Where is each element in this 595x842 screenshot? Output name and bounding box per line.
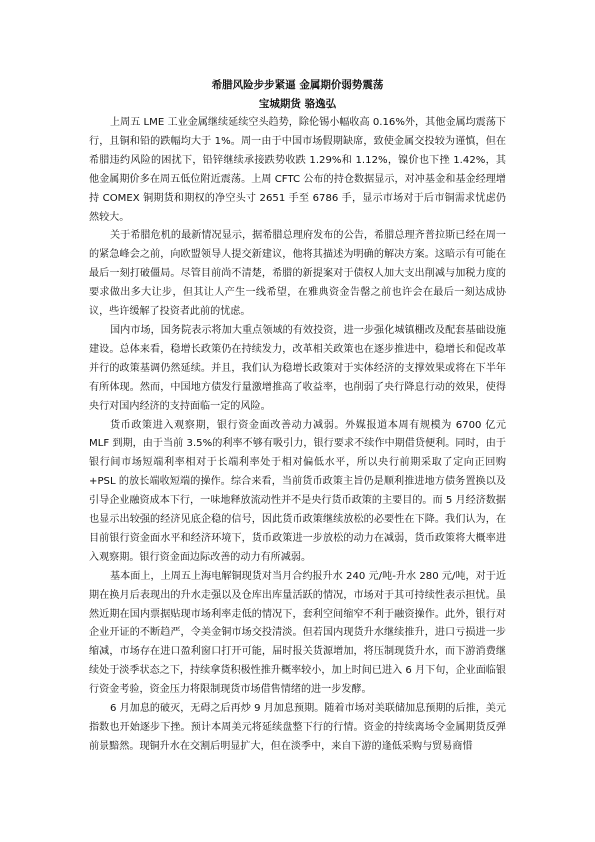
- document-author: 宝城期货 骆逸弘: [89, 95, 506, 114]
- document-title: 希腊风险步步紧逼 金属期价弱势震荡: [89, 76, 506, 95]
- paragraph-lme-market: 上周五 LME 工业金属继续延续空头趋势，除伦锡小幅收高 0.16%外，其他金属…: [89, 114, 506, 227]
- paragraph-greece-crisis: 关于希腊危机的最新情况显示，据希腊总理府发布的公告，希腊总理齐普拉斯已经在周一的…: [89, 227, 506, 322]
- document-page: 希腊风险步步紧逼 金属期价弱势震荡 宝城期货 骆逸弘 上周五 LME 工业金属继…: [89, 76, 506, 757]
- paragraph-fed-rate-hike: 6 月加息的破灭，无碍之后再炒 9 月加息预期。随着市场对美联储加息预期的后推，…: [89, 700, 506, 757]
- paragraph-fundamentals: 基本面上，上周五上海电解铜现货对当月合约报升水 240 元/吨-升水 280 元…: [89, 568, 506, 700]
- paragraph-domestic-market: 国内市场，国务院表示将加大重点领域的有效投资，进一步强化城镇棚改及配套基础设施建…: [89, 322, 506, 417]
- paragraph-monetary-policy: 货币政策进入观察期，银行资金面改善动力减弱。外媒报道本周有规模为 6700 亿元…: [89, 417, 506, 568]
